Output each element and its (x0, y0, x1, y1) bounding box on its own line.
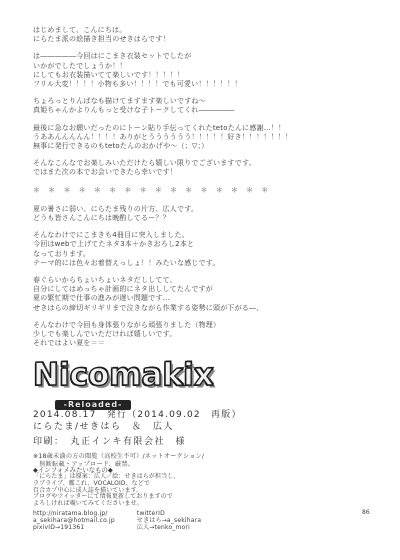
afterword-line: は―――――今回はにこまき衣装セットでしたが (33, 52, 390, 61)
afterword-line: どうも皆さんこんにちは晩酌してるー？？ (33, 214, 390, 223)
afterword-line: 夏の繁忙期で仕事の進みが遅い問題です… (33, 294, 390, 303)
contact-column-left: http://niratama.blog.jp/a_sekihara@hotma… (33, 510, 115, 532)
contact-line: pixivID→191361 (33, 524, 115, 531)
afterword-line: なっております。 (33, 250, 390, 259)
afterword-line: 春ぐらいからちょいちょいネタだししてて、 (33, 276, 390, 285)
afterword-paragraph: は―――――今回はにこまき衣装セットでしたがいかがでしたでしょうか！！にしてもお… (33, 52, 390, 89)
afterword-text-block: はじめまして、こんにちは。にらたま派の絵描き担当のせきはらです！ は―――――今… (33, 26, 390, 356)
info-lines: 「にらたま」は原案：広人／絵：せきはらが担当し、ラブライブ、艦これ、VOCALO… (33, 474, 179, 508)
afterword-line: にしてもお衣装描いてて楽しいです！！！！！ (33, 71, 390, 80)
afterword-paragraph: ちょろっとりんぱなも描けてますます楽しいですね～真姫ちゃんかよりんもっと受けな子… (33, 97, 390, 115)
afterword-paragraph: 春ぐらいからちょいちょいネタだししてて、自分にしてはめっちゃ計画的にネタ出しして… (33, 276, 390, 313)
colophon-block: 2014.08.17 発行（2014.09.02 再版） にらたま/せきはら ＆… (33, 409, 242, 468)
info-block: ◆インフォメみたいなもの◆ 「にらたま」は原案：広人／絵：せきはらが担当し、ラブ… (33, 466, 179, 508)
afterword-paragraph: そんなわけでにこまきも4冊目に突入しました。今回はwebで上げてたネタ3本＋かき… (33, 231, 390, 268)
afterword-line: 少しでも楽しんでいただければ嬉しいです。 (33, 330, 390, 339)
afterword-line: フリル大変！！！！小物も多い！！！！でも可愛い！！！！！！ (33, 80, 390, 89)
afterword-paragraph: はじめまして、こんにちは。にらたま派の絵描き担当のせきはらです！ (33, 26, 390, 44)
printer-line: 印刷： 丸正インキ有限会社 様 (33, 436, 242, 448)
contact-line: twitterID (137, 510, 201, 517)
afterword-line: それではよい夏を＝＝ (33, 339, 390, 348)
logo-title: Nicomakix (33, 358, 153, 392)
afterword-paragraph: そんなわけで今回も身体張りながら頑張りました（物理）少しでも楽しんでいただければ… (33, 321, 390, 349)
afterword-line: 今回はwebで上げてたネタ3本＋かきおろし2本と (33, 240, 390, 249)
info-line: よろしければ覗いてみてくださいませ。 (33, 501, 179, 508)
circle-authors-line: にらたま/せきはら ＆ 広人 (33, 421, 242, 433)
asterisk-separator: ＊ ＊ ＊ ＊ ＊ ＊ ＊ ＊ ＊ ＊ ＊ ＊ ＊ ＊ ＊ ＊ (33, 186, 390, 195)
warning-line: ※18歳未満の方の閲覧（高校生不可）/ネットオークション/ (33, 453, 242, 461)
doujinshi-afterword-page: はじめまして、こんにちは。にらたま派の絵描き担当のせきはらです！ は―――――今… (0, 0, 400, 560)
afterword-paragraph: 夏の暑さに弱い、にらたま残りの片方、広人です。どうも皆さんこんにちは晩酌してるー… (33, 205, 390, 223)
afterword-line: 真姫ちゃんかよりんもっと受けな子トークしてくれ――――― (33, 106, 390, 115)
page-number: 86 (362, 509, 370, 516)
afterword-line: そんなわけで今回も身体張りながら頑張りました（物理） (33, 321, 390, 330)
afterword-line: いかがでしたでしょうか！！ (33, 62, 390, 71)
afterword-line: ではまた次の本でお会いできたら幸いです！ (33, 168, 390, 177)
contact-links-block: http://niratama.blog.jp/a_sekihara@hotma… (33, 510, 201, 532)
afterword-line: にらたま派の絵描き担当のせきはらです！ (33, 35, 390, 44)
afterword-line: うああんんんんん！！！！ありがとうううううう！！！！！好き！！！！！！！ (33, 133, 390, 142)
circle-logo: Nicomakix -Reloaded- (33, 358, 153, 411)
afterword-line: 最後に急なお願いだったのにトーン貼り手伝ってくれたtetoたんに感謝…！！ (33, 124, 390, 133)
afterword-paragraph: そんなこんなでお楽しみいただけたら嬉しい限りでございますです。ではまた次の本でお… (33, 159, 390, 177)
afterword-line: せきはらの締切ギリギリまで泣きながら作業する姿勢に頭が下がる―、 (33, 304, 390, 313)
afterword-line: 無事に発行できるのもtetoたんのおかげや～（；▽；） (33, 142, 390, 151)
contact-column-right: twitterIDせきはら→a_sekihara広人→tenko_mori (137, 510, 201, 532)
afterword-line: はじめまして、こんにちは。 (33, 26, 390, 35)
contact-line: 広人→tenko_mori (137, 524, 201, 531)
afterword-line: テーマ的には色々お着替えっしょ！！みたいな感じです。 (33, 259, 390, 268)
contact-line: a_sekihara@hotmail.co.jp (33, 517, 115, 524)
afterword-paragraph: 最後に急なお願いだったのにトーン貼り手伝ってくれたtetoたんに感謝…！！うああ… (33, 124, 390, 152)
publication-date-line: 2014.08.17 発行（2014.09.02 再版） (33, 409, 242, 421)
afterword-line: 夏の暑さに弱い、にらたま残りの片方、広人です。 (33, 205, 390, 214)
contact-line: http://niratama.blog.jp/ (33, 510, 115, 517)
